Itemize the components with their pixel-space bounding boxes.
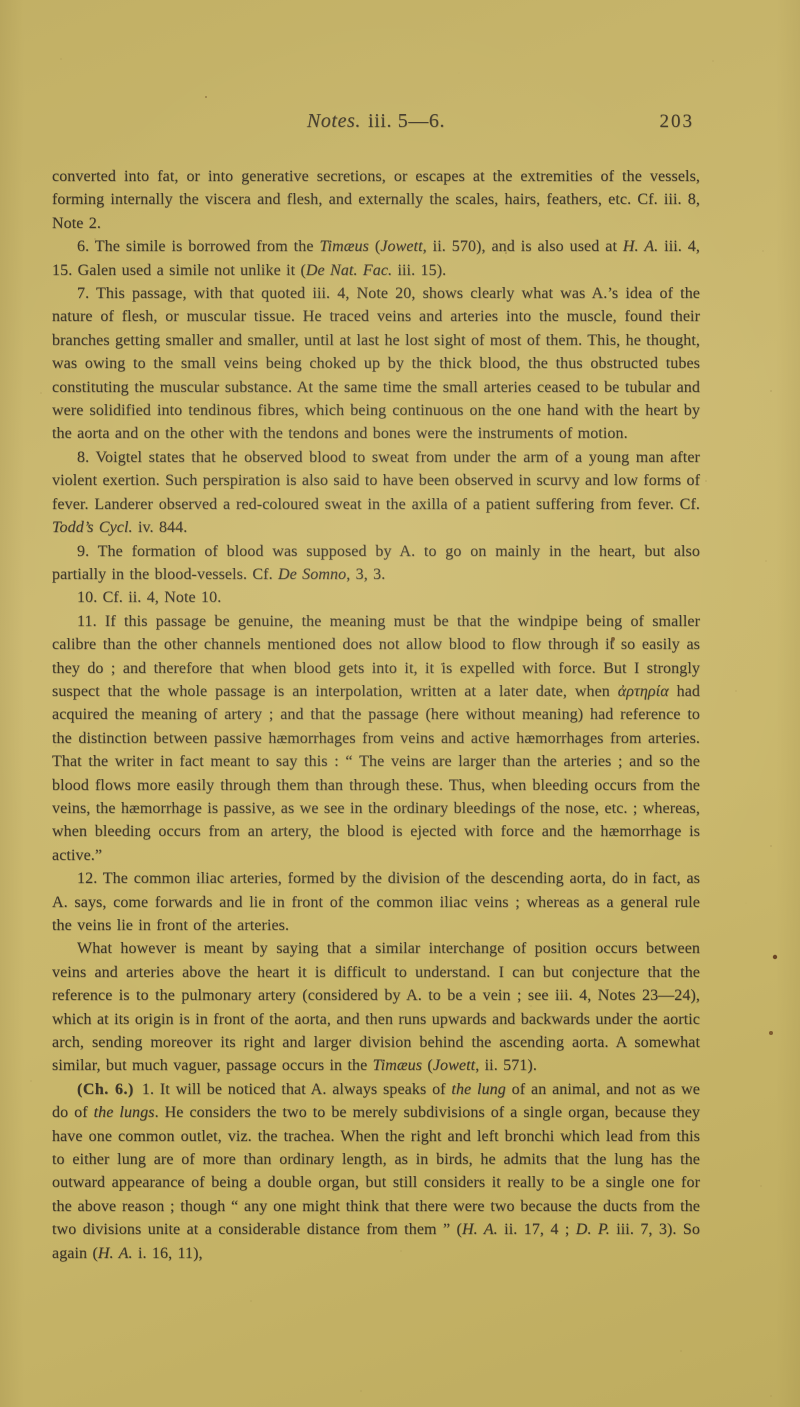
text-segment: H. A. [98,1245,133,1262]
text-segment: 11. If this passage be genuine, the mean… [52,613,700,700]
text-segment: iv. 844. [133,519,188,536]
text-segment: , 3, 3. [346,566,385,583]
note-8: 8. Voigtel states that he observed blood… [52,446,700,540]
note-12: 12. The common iliac arteries, formed by… [52,867,700,937]
text-segment: had acquired the meaning of artery ; and… [52,683,700,864]
text-segment: (Ch. 6.) [77,1081,134,1098]
text-segment: Timæus [373,1057,423,1074]
page-number: 203 [660,111,695,133]
paper-texture [0,0,2,2]
text-segment: De Nat. Fac. [306,262,392,279]
running-header: Notes.iii. 5—6. 203 [52,110,700,136]
running-title-notes: Notes. [307,110,361,132]
text-segment: i. 16, 11), [133,1245,203,1262]
text-segment: De Somno [278,566,346,583]
notes-text: converted into fat, or into generative s… [52,165,700,1265]
running-title: Notes.iii. 5—6. [52,110,700,133]
text-segment: ἀρτηρία [618,683,669,700]
text-segment: H. A. [623,238,658,255]
text-segment: 1. It will be noticed that A. always spe… [134,1081,452,1098]
text-segment: Jowett [433,1057,475,1074]
text-segment: . He considers the two to be merely subd… [52,1104,700,1238]
note-6: 6. The simile is borrowed from the Timæu… [52,235,700,282]
text-segment: Timæus [319,238,369,255]
text-segment: iii. 15). [392,262,446,279]
note-12-continued: What however is meant by saying that a s… [52,937,700,1077]
text-segment: Todd’s Cycl. [52,519,133,536]
text-segment: converted into fat, or into generative s… [52,168,700,232]
book-page: Notes.iii. 5—6. 203 converted into fat, … [0,0,800,1407]
text-segment: Jowett [380,238,422,255]
text-segment: 6. The simile is borrowed from the [77,238,319,255]
text-segment: 8. Voigtel states that he observed blood… [52,449,700,513]
text-segment: the lungs [94,1104,155,1121]
text-segment: D. P. [576,1221,610,1238]
text-segment: 7. This passage, with that quoted iii. 4… [52,285,700,442]
text-segment: the lung [451,1081,505,1098]
note-7: 7. This passage, with that quoted iii. 4… [52,282,700,446]
note-5-continuation: converted into fat, or into generative s… [52,165,700,235]
note-10: 10. Cf. ii. 4, Note 10. [52,586,700,609]
note-9: 9. The formation of blood was supposed b… [52,540,700,587]
text-segment: ( [369,238,380,255]
text-segment: , ii. 570), and is also used at [423,238,623,255]
text-segment: 12. The common iliac arteries, formed by… [52,870,700,934]
text-segment: H. A. [462,1221,498,1238]
running-title-section: iii. 5—6. [368,110,445,132]
note-11: 11. If this passage be genuine, the mean… [52,610,700,867]
text-segment: ii. 17, 4 ; [498,1221,576,1238]
chapter-6-note-1: (Ch. 6.) 1. It will be noticed that A. a… [52,1078,700,1265]
text-segment: 10. Cf. ii. 4, Note 10. [77,589,221,606]
text-segment: ( [422,1057,433,1074]
text-segment: What however is meant by saying that a s… [52,940,700,1074]
text-segment: , ii. 571). [475,1057,537,1074]
